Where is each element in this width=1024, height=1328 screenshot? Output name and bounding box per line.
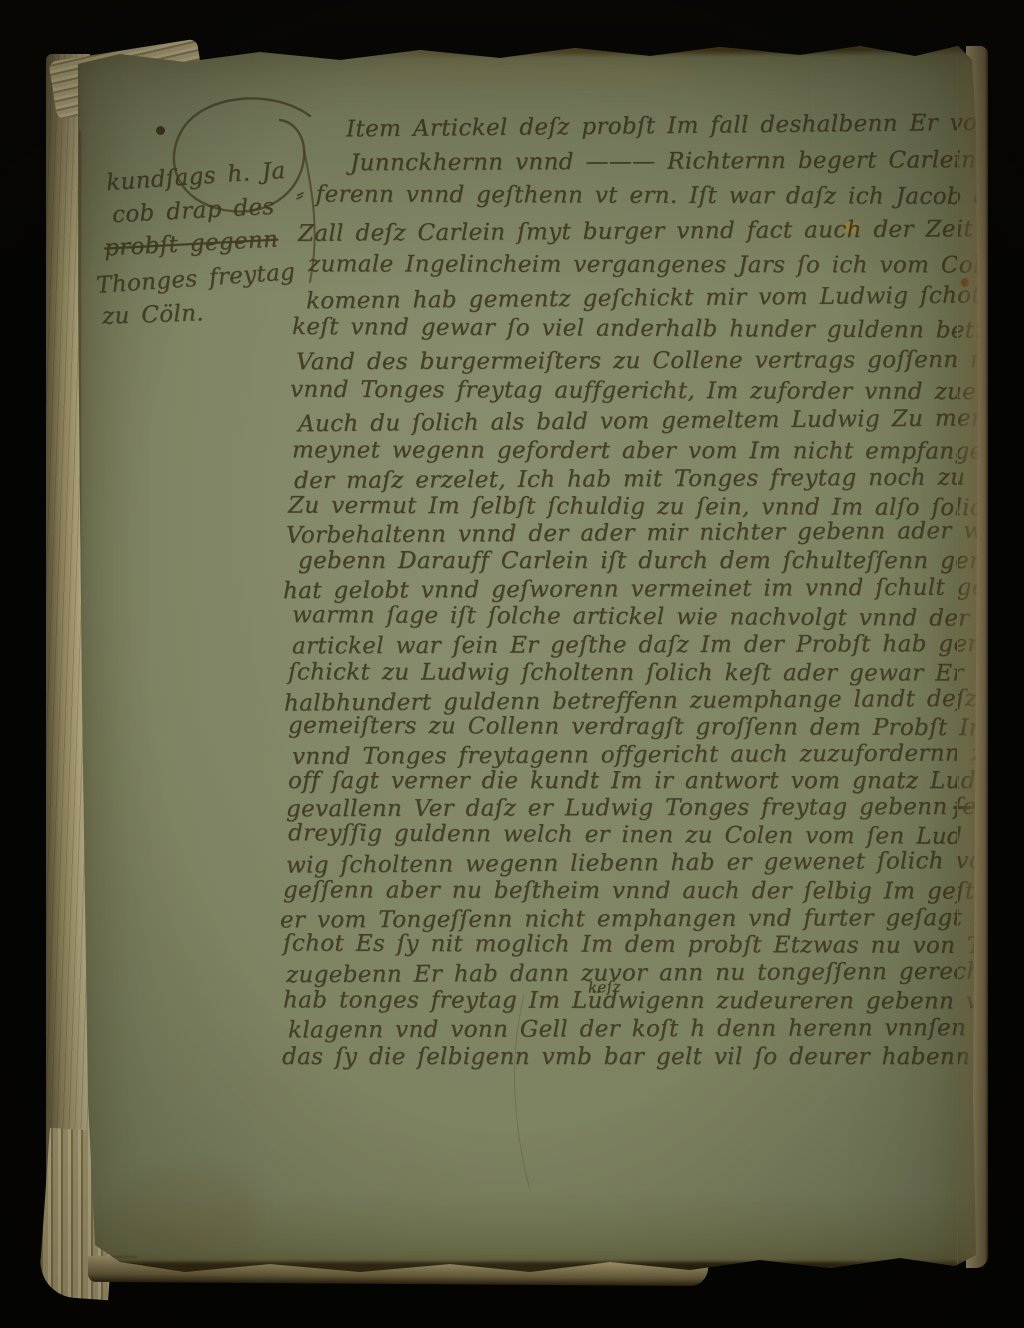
manuscript-line: warmn ſage iſt ſolche artickel wie nachv… (292, 602, 1024, 632)
photograph-background: kundſags h. Ja cob drap des probſt gegen… (0, 0, 1024, 1328)
manuscript-line: er vom Tongeſſenn nicht emphangen vnd fu… (280, 905, 1024, 934)
manuscript-line: Zu vermut Im ſelbſt ſchuldig zu ſein, vn… (288, 493, 1024, 522)
manuscript-line: Junnckhernn vnnd ——— Richternn begert Ca… (350, 146, 1024, 177)
manuscript-line: vnnd Tonges freytag auffgericht, Im zufo… (290, 377, 1024, 406)
manuscript-line: ⸗ ferenn vnnd geſthenn vt ern. Iſt war d… (296, 181, 1024, 210)
manuscript-line: der maſz erzelet, Ich hab mit Tonges fre… (294, 464, 1024, 494)
manuscript-line: gevallenn Ver daſz er Ludwig Tonges frey… (286, 794, 1017, 823)
manuscript-page: kundſags h. Ja cob drap des probſt gegen… (68, 40, 980, 1276)
margin-note-line: zu Cöln. (102, 300, 205, 330)
manuscript-line: artickel war ſein Er geſthe daſz Im der … (292, 631, 1024, 660)
manuscript-line: gebenn Darauff Carlein iſt durch dem ſch… (298, 548, 1024, 574)
manuscript-line: klagenn vnd vonn Gell der koſt h denn he… (288, 1015, 1024, 1044)
manuscript-line: hab tonges freytag Im Lüdwigenn zudeurer… (283, 987, 1024, 1014)
manuscript-line: zugebenn Er hab dann zuvor ann nu tongeſ… (286, 958, 1024, 988)
manuscript-line: geſſenn aber nu beſtheim vnnd auch der ſ… (283, 877, 1024, 904)
manuscript-line: vnnd Tonges freytagenn offgericht auch z… (292, 740, 1024, 770)
manuscript-line: Item Artickel deſz probſt Im fall deshal… (346, 108, 1024, 143)
manuscript-line: komenn hab gementz geſchickt mir vom Lud… (306, 282, 1024, 315)
manuscript-line: zumale Ingelincheim vergangenes Jars ſo … (308, 251, 1024, 278)
manuscript-line: off ſagt verner die kundt Im ir antwort … (288, 768, 1024, 794)
paper-stain (398, 1170, 468, 1214)
paper-stain (368, 62, 698, 88)
manuscript-line: Zall deſz Carlein ſmyt burger vnnd fact … (298, 215, 1024, 247)
manuscript-line: dreyſſig guldenn welch er inen zu Colen … (288, 820, 962, 850)
manuscript-line: meynet wegenn gefordert aber vom Im nich… (292, 437, 1024, 464)
manuscript-line: Vorbehaltenn vnnd der ader mir nichter g… (286, 517, 1024, 548)
paper-stain (116, 1170, 256, 1250)
manuscript-line: ſchickt zu Ludwig ſcholtenn ſolich keſt … (288, 659, 1024, 686)
manuscript-line: wig ſcholtenn wegenn liebenn hab er gewe… (286, 847, 1024, 878)
manuscript-line: keſt vnnd gewar ſo viel anderhalb hunder… (292, 314, 1024, 344)
manuscript-line: halbhundert guldenn betreffenn zuemphang… (284, 685, 1024, 716)
manuscript-line: Auch du ſolich als bald vom gemeltem Lud… (298, 405, 1024, 438)
manuscript-line: ſchot Es ſy nit moglich Im dem probſt Et… (283, 931, 1024, 960)
top-edge-stain (368, 42, 968, 56)
manuscript-line: Vand des burgermeiſters zu Collene vertr… (296, 347, 1011, 375)
manuscript-line: das ſy die ſelbigenn vmb bar gelt vil ſo… (282, 1044, 1024, 1070)
interlinear-insertion: keſz (588, 977, 621, 996)
manuscript-line: hat gelobt vnnd geſworenn vermeinet im v… (283, 574, 1024, 604)
manuscript-line: gemeiſters zu Collenn verdragſt groſſenn… (288, 713, 1024, 742)
